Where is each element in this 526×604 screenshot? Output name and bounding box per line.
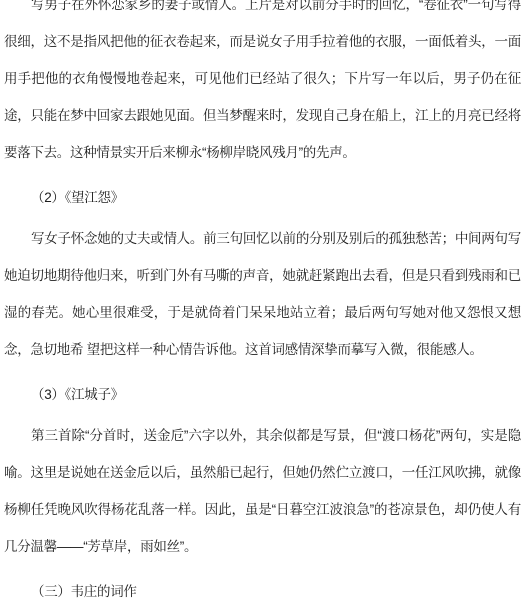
section-heading-weizhuang-works: （三）韦庄的词作: [4, 573, 521, 604]
paragraph-jiangchengzi-analysis: 第三首除“分首时，送金卮”六字以外，其余似都是写景，但“渡口杨花”两句，实是隐喻…: [4, 417, 521, 565]
document-body: { "colors": { "background": "#ffffff", "…: [0, 0, 526, 604]
section-heading-wangjiangyuan: （2）《望江怨》: [4, 179, 521, 216]
paragraph-pusaman-analysis: 写男子在外怀恋家乡的妻子或情人。上片是对以前分手时的回忆，“卷征衣”一句写得很细…: [4, 0, 521, 171]
paragraph-wangjiangyuan-analysis: 写女子怀念她的丈夫或情人。前三句回忆以前的分别及别后的孤独愁苦；中间两句写她迫切…: [4, 220, 521, 368]
section-heading-jiangchengzi: （3）《江城子》: [4, 376, 521, 413]
document-page: 写男子在外怀恋家乡的妻子或情人。上片是对以前分手时的回忆，“卷征衣”一句写得很细…: [0, 0, 526, 604]
